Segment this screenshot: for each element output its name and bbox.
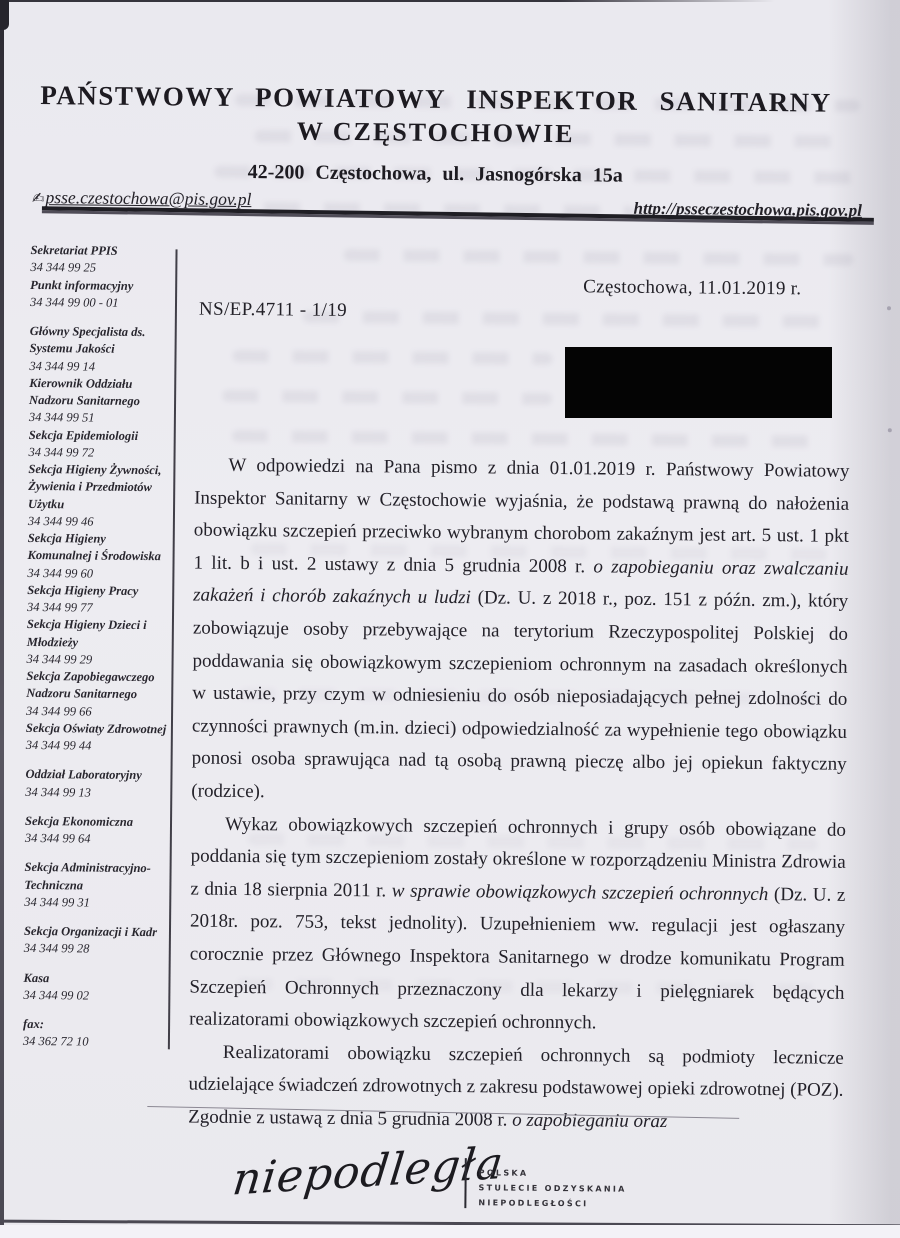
logo-caption: POLSKA STULECIE ODZYSKANIA NIEPODLEGŁOŚC… <box>478 1165 627 1211</box>
reference-number: NS/EP.4711 - 1/19 <box>199 299 347 322</box>
contact-label: Kierownik Oddziału Nadzoru Sanitarnego <box>29 375 174 411</box>
org-address: 42-200 Częstochowa, ul. Jasnogórska 15a <box>4 159 866 190</box>
contact-label: Sekcja Oświaty Zdrowotnej <box>26 720 171 739</box>
contact-label: Sekcja Organizacji i Kadr <box>24 923 169 942</box>
sidebar-entry: Kasa34 344 99 02 <box>23 969 168 1005</box>
contact-label: Punkt informacyjny <box>30 276 175 295</box>
org-name-line1: PAŃSTWOWY POWIATOWY INSPEKTOR SANITARNY <box>5 80 867 119</box>
letter-paragraph: Realizatorami obowiązku szczepień ochron… <box>188 1036 844 1140</box>
contact-label: Oddział Laboratoryjny <box>25 766 170 785</box>
sidebar-entry: Sekcja Higieny Żywności, Żywienia i Prze… <box>28 461 174 531</box>
letter-paragraph: W odpowiedzi na Pana pismo z dnia 01.01.… <box>191 450 849 815</box>
sidebar-entry: Oddział Laboratoryjny34 344 99 13 <box>25 766 170 802</box>
contact-label: Kasa <box>23 969 168 988</box>
contact-phone: 34 344 99 25 <box>30 259 175 278</box>
contact-phone: 34 344 99 60 <box>27 564 172 583</box>
contact-phone: 34 344 99 28 <box>24 940 169 959</box>
sidebar-entry: fax:34 362 72 10 <box>23 1016 168 1052</box>
scan-speck <box>887 306 891 310</box>
contact-label: Sekcja Administracyjno-Techniczna <box>24 859 169 895</box>
contact-phone: 34 344 99 46 <box>28 513 173 532</box>
contact-sidebar: Sekretariat PPIS34 344 99 25Punkt inform… <box>23 242 176 1052</box>
contact-phone: 34 362 72 10 <box>23 1033 168 1052</box>
contact-phone: 34 344 99 66 <box>26 702 171 721</box>
scanned-letter-page: PAŃSTWOWY POWIATOWY INSPEKTOR SANITARNY … <box>0 0 900 1238</box>
contact-phone: 34 344 99 77 <box>27 599 172 618</box>
sidebar-entry: Sekcja Oświaty Zdrowotnej34 344 99 44 <box>26 720 171 756</box>
logo-caption-line3: NIEPODLEGŁOŚCI <box>478 1195 626 1211</box>
bleed-through-artifact <box>232 430 832 448</box>
letterhead: PAŃSTWOWY POWIATOWY INSPEKTOR SANITARNY … <box>5 80 868 152</box>
bleed-through-artifact <box>343 249 853 266</box>
letter-body: W odpowiedzi na Pana pismo z dnia 01.01.… <box>188 450 850 1141</box>
email-icon: ✍ <box>32 189 45 207</box>
logo-caption-line2: STULECIE ODZYSKANIA <box>478 1180 626 1196</box>
sidebar-entry: Sekcja Organizacji i Kadr34 344 99 28 <box>24 923 169 959</box>
contact-label: Sekcja Higieny Komunalnej i Środowiska <box>28 530 173 566</box>
contact-label: Sekcja Higieny Dzieci i Młodzieży <box>27 616 172 652</box>
contact-label: fax: <box>23 1016 168 1035</box>
contact-phone: 34 344 99 72 <box>28 444 173 463</box>
bleed-through-artifact <box>232 350 552 365</box>
niepodlegla-logo-script: niepodległa <box>230 1140 475 1206</box>
letter-sheet: PAŃSTWOWY POWIATOWY INSPEKTOR SANITARNY … <box>0 0 900 1238</box>
contact-label: Sekretariat PPIS <box>30 242 175 261</box>
sidebar-entry: Punkt informacyjny34 344 99 00 - 01 <box>30 276 175 312</box>
logo-caption-line1: POLSKA <box>479 1165 627 1181</box>
org-name-line2: W CZĘSTOCHOWIE <box>5 114 867 152</box>
sidebar-entry: Sekcja Administracyjno-Techniczna34 344 … <box>24 859 169 912</box>
contact-phone: 34 344 99 13 <box>25 783 170 802</box>
contact-label: Sekcja Epidemiologii <box>29 426 174 445</box>
sidebar-entry: Sekcja Higieny Komunalnej i Środowiska34… <box>27 530 172 583</box>
sidebar-entry: Sekcja Higieny Pracy34 344 99 77 <box>27 582 172 618</box>
sidebar-entry: Sekcja Epidemiologii34 344 99 72 <box>28 426 173 462</box>
contact-phone: 34 344 99 31 <box>24 894 169 913</box>
letter-paragraph: Wykaz obowiązkowych szczepień ochronnych… <box>189 808 846 1042</box>
scan-edge-corner <box>0 0 9 30</box>
sidebar-entry: Sekcja Higieny Dzieci i Młodzieży34 344 … <box>27 616 172 669</box>
sidebar-entry: Kierownik Oddziału Nadzoru Sanitarnego34… <box>29 375 174 428</box>
contact-label: Główny Specjalista ds. Systemu Jakości <box>29 323 174 359</box>
bleed-through-artifact <box>303 311 843 328</box>
contact-phone: 34 344 99 64 <box>25 830 170 849</box>
redaction-box <box>565 347 832 418</box>
contact-phone: 34 344 99 00 - 01 <box>30 294 175 313</box>
bleed-through-artifact <box>222 390 552 405</box>
contact-label: Sekcja Ekonomiczna <box>25 813 170 832</box>
scan-edge-top <box>0 0 775 2</box>
contact-label: Sekcja Higieny Żywności, Żywienia i Prze… <box>28 461 173 514</box>
sidebar-entry: Sekcja Ekonomiczna34 344 99 64 <box>25 813 170 849</box>
scan-edge-left <box>0 0 4 1238</box>
scanner-background <box>0 1225 900 1238</box>
contact-label: Sekcja Higieny Pracy <box>27 582 172 601</box>
contact-label: Sekcja Zapobiegawczego Nadzoru Sanitarne… <box>26 668 171 704</box>
contact-phone: 34 344 99 14 <box>29 357 174 376</box>
sidebar-entry: Główny Specjalista ds. Systemu Jakości34… <box>29 323 174 376</box>
contact-phone: 34 344 99 51 <box>29 409 174 428</box>
scan-speck <box>888 428 892 432</box>
sidebar-entry: Sekretariat PPIS34 344 99 25 <box>30 242 175 278</box>
logo-divider <box>464 1158 466 1208</box>
contact-phone: 34 344 99 29 <box>27 651 172 670</box>
sidebar-entry: Sekcja Zapobiegawczego Nadzoru Sanitarne… <box>26 668 171 721</box>
place-date: Częstochowa, 11.01.2019 r. <box>583 276 801 300</box>
contact-phone: 34 344 99 44 <box>26 737 171 756</box>
contact-phone: 34 344 99 02 <box>23 987 168 1006</box>
